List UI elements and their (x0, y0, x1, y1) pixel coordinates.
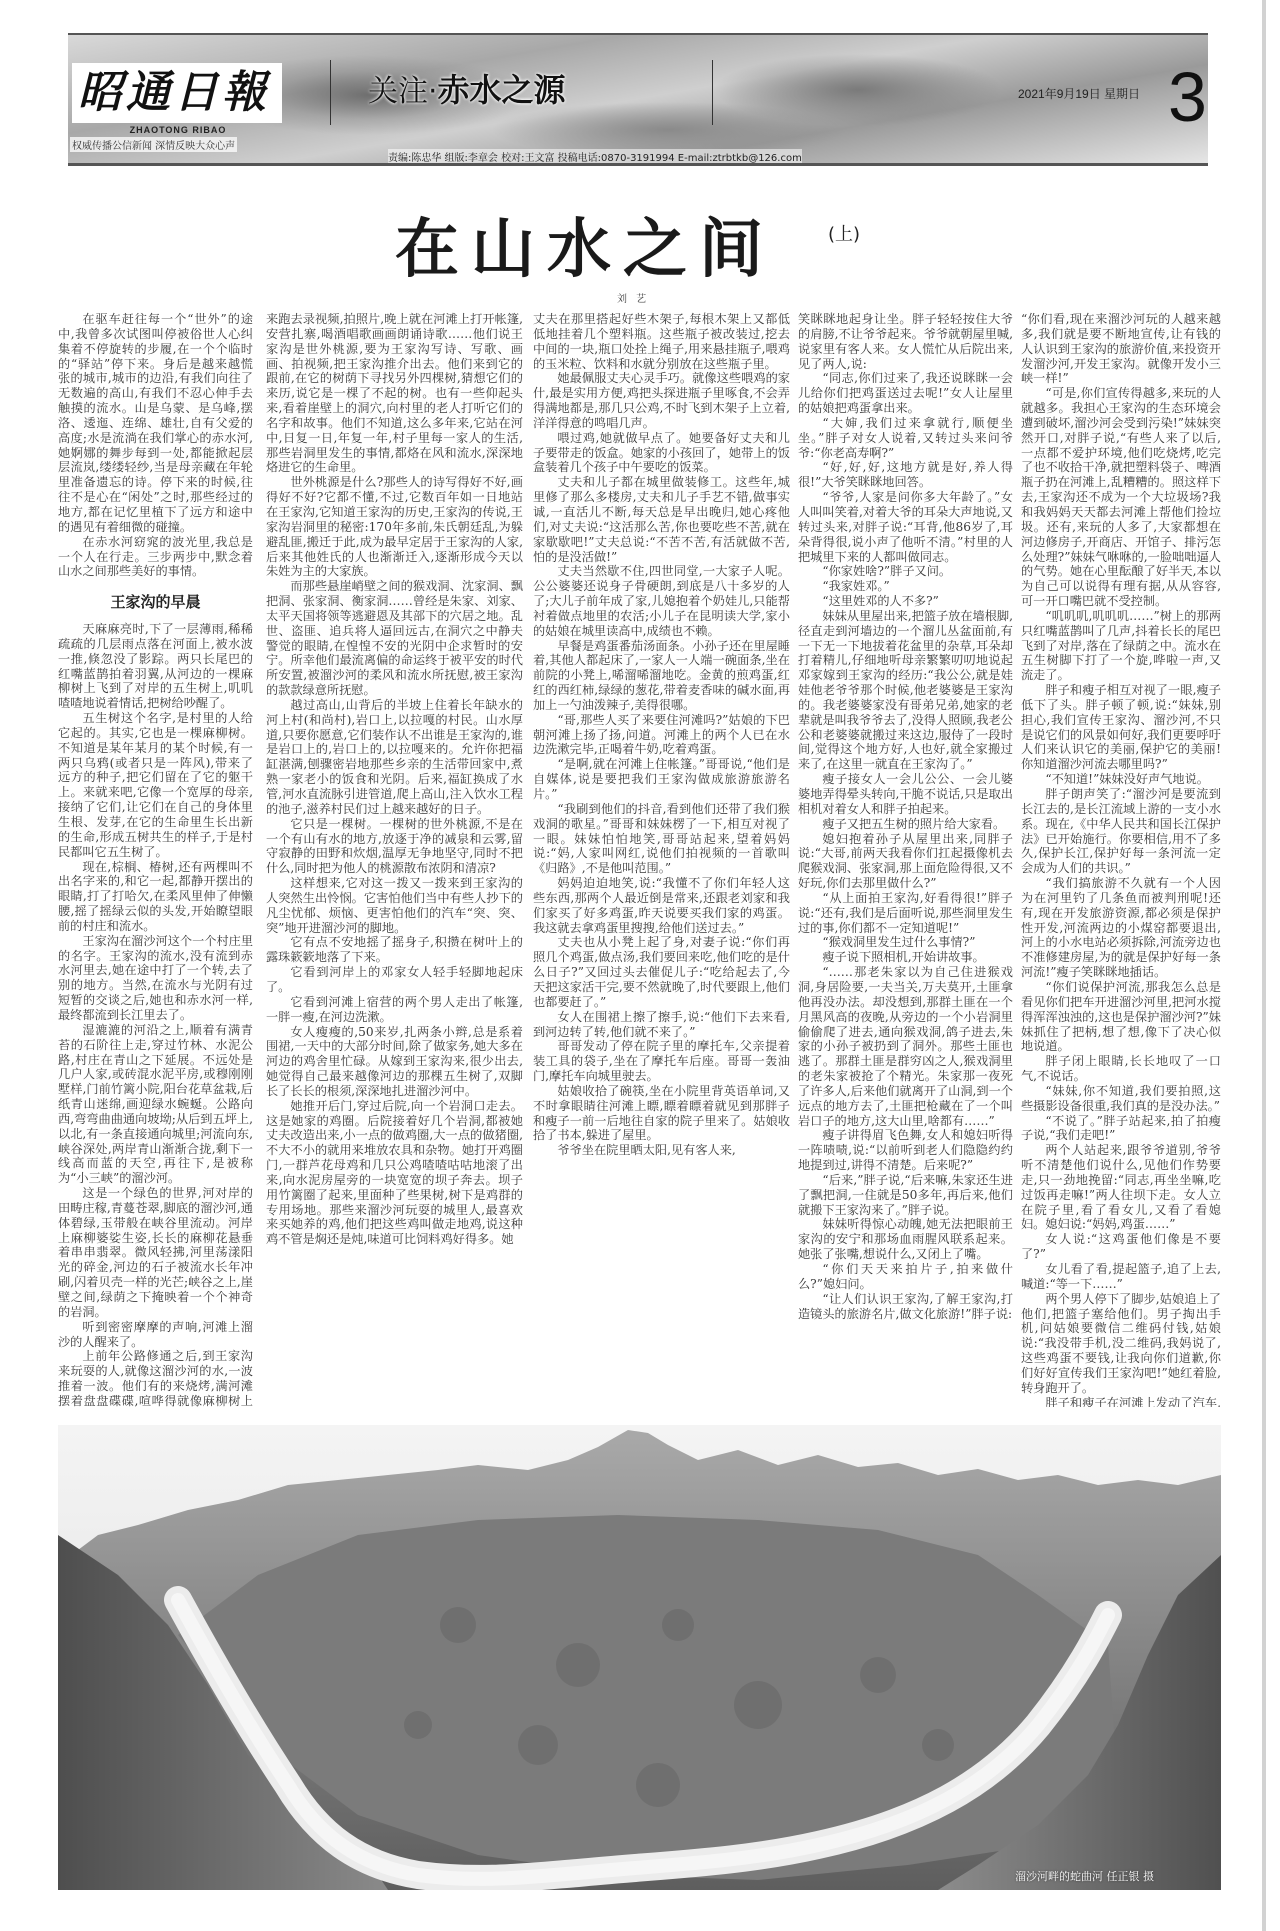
paragraph: “好,好,好,这地方就是好,养人得很!”大爷笑眯眯地回答。 (798, 460, 1013, 490)
paragraph: 妈妈迫迫地笑,说:“我懂不了你们年轻人这些东西,那两个人最近倒是常来,还跟老刘家… (533, 876, 790, 935)
paragraph: “我家姓邓。” (798, 579, 1013, 594)
masthead: 昭通日報 ZHAOTONG RIBAO 权威传播公信新闻 深情反映大众心声 关注… (68, 33, 1208, 163)
editorial-credits: 责编:陈忠华 组版:李章会 校对:王文富 投稿电话:0870-3191994 E… (388, 149, 802, 164)
section-prefix: 关注· (368, 74, 438, 109)
paragraph: “大婶,我们过来拿就行,顺便坐坐。”胖子对女人说着,又转过头来问爷爷:“你老高寿… (798, 416, 1013, 461)
paragraph: “猴戏洞里发生过什么事情?” (798, 935, 1013, 950)
paragraph: 女人说:“这鸡蛋他们像是不要了?” (1021, 1232, 1221, 1262)
article-column-3: 丈夫在那里搭起好些木架子,每根木架上又都低低地挂着几个塑料瓶。这些瓶子被改装过,… (533, 312, 790, 1397)
paragraph: “同志,你们过来了,我还说眯眯一会儿给你们把鸡蛋送过去呢!”女人让屋里的姑娘把鸡… (798, 371, 1013, 416)
scrollbar-track[interactable] (1262, 0, 1266, 1931)
issue-date: 2021年9月19日 星期日 (1018, 85, 1140, 102)
paragraph: 妹妹从里屋出来,把篮子放在墙根脚,径直走到河墙边的一个溜儿丛盆面前,有一下无一下… (798, 609, 1013, 772)
paragraph: “你家姓啥?”胖子又问。 (798, 564, 1013, 579)
paragraph: 笑眯眯地起身让坐。胖子轻轻按住大爷的肩膀,不让爷爷起来。爷爷就朝屋里喊,说家里有… (798, 312, 1013, 371)
paragraph: 女儿看了看,提起篮子,追了上去,喊道:“等一下……” (1021, 1262, 1221, 1292)
paragraph: 它只是一棵树。一棵树的世外桃源,不是在一个有山有水的地方,放逐于净的减泉和云雾,… (266, 817, 523, 876)
article-title: 在山水之间 (395, 198, 775, 290)
paragraph: 妹妹听得惊心动魄,她无法把眼前王家沟的安宁和那场血雨腥风联系起来。她张了张嘴,想… (798, 1217, 1013, 1262)
paragraph: 胖子闭上眼睛,长长地叹了一口气,不说话。 (1021, 1054, 1221, 1084)
paragraph: 而那些悬崖峭壁之间的猴戏洞、沈家洞、飘把洞、张家洞、衡家洞……曾经是朱家、刘家、… (266, 579, 523, 698)
section-title: 关注·赤水之源 (368, 65, 566, 111)
paragraph: “不说了。”胖子站起来,拍了拍瘦子说,“我们走吧!” (1021, 1114, 1221, 1144)
photo-caption: 溜沙河畔的蛇曲河 任正银 摄 (1015, 1868, 1154, 1884)
paragraph: 哥哥发动了停在院子里的摩托车,父亲提着装工具的袋子,坐在了摩托车后座。哥哥一轰油… (533, 1039, 790, 1084)
paragraph: 女人在围裙上擦了擦手,说:“他们下去来看,到河边转了转,他们就不来了。” (533, 1010, 790, 1040)
paragraph: “后来,”胖子说,“后来嘛,朱家还生进了飘把洞,一住就是50多年,再后来,他们就… (798, 1173, 1013, 1218)
section-name: 赤水之源 (438, 71, 566, 109)
paragraph: 在赤水河窈窕的波光里,我总是一个人在行走。三步两步中,默念着山水之间那些美好的事… (58, 535, 253, 580)
paragraph: 来跑去录视频,拍照片,晚上就在河滩上打开帐篷,安营扎寨,喝酒唱歌画画朗诵诗歌……… (266, 312, 523, 475)
paragraph: 丈夫也从小凳上起了身,对妻子说:“你们再照几个鸡蛋,做点汤,我们要回来吃,他们吃… (533, 935, 790, 1009)
paragraph: “这里姓邓的人不多?” (798, 594, 1013, 609)
newspaper-slogan: 权威传播公信新闻 深情反映大众心声 (70, 137, 237, 152)
river-canyon-photo (58, 1425, 1221, 1890)
paragraph: 喂过鸡,她就做早点了。她要备好丈夫和儿子要带走的饭盒。她家的小孩回了，她带上的饭… (533, 431, 790, 476)
paragraph: 瘦子说下照相机,开始讲故事。 (798, 950, 1013, 965)
paragraph: “爷爷,人家是问你多大年龄了。”女人叫叫笑着,对着大爷的耳朵大声地说,又转过头来… (798, 490, 1013, 564)
paragraph: 世外桃源是什么?那些人的诗写得好不好,画得好不好?它都不懂,不过,它数百年如一日… (266, 475, 523, 579)
paragraph: “从上面拍王家沟,好看得很!”胖子说:“还有,我们是后面听说,那些洞里发生过的事… (798, 891, 1013, 936)
newspaper-logo-english: ZHAOTONG RIBAO (68, 125, 288, 135)
newspaper-logo: 昭通日報 (72, 63, 282, 123)
article-column-5: “你们看,现在来溜沙河玩的人越来越多,我们就是要不断地宣传,让有钱的人认识到王家… (1021, 312, 1221, 1407)
paragraph: 瘦子接女人一会儿公公、一会儿婆婆地弄得晕头转向,干脆不说话,只是取出相机对着女人… (798, 772, 1013, 817)
article-column-2: 来跑去录视频,拍照片,晚上就在河滩上打开帐篷,安营扎寨,喝酒唱歌画画朗诵诗歌……… (266, 312, 523, 1407)
paragraph: 她推开后门,穿过后院,向一个岩洞口走去。这是她家的鸡圈。后院接着好几个岩洞,都被… (266, 1099, 523, 1247)
paragraph: 五生树这个名字,是村里的人给它起的。其实,它也是一棵麻柳树。不知道是某年某月的某… (58, 711, 253, 859)
paragraph: 瘦子讲得眉飞色舞,女人和媳妇听得一阵啧啧,说:“以前听到老人们隐隐约约地提到过,… (798, 1128, 1013, 1173)
paragraph: 它看到河岸上的邓家女人轻手轻脚地起床了。 (266, 965, 523, 995)
article-column-4: 笑眯眯地起身让坐。胖子轻轻按住大爷的肩膀,不让爷爷起来。爷爷就朝屋里喊,说家里有… (798, 312, 1013, 1407)
paragraph: 两个人站起来,跟爷爷道别,爷爷听不清楚他们说什么,见他们作势要走,只一劲地挽留:… (1021, 1143, 1221, 1232)
paragraph: 媳妇抱着孙子从屋里出来,同胖子说:“大哥,前两天我看你们扛起摄像机去爬猴戏洞、张… (798, 832, 1013, 891)
article-subheading: 王家沟的早晨 (58, 595, 253, 610)
paragraph: 姑娘收拾了碗筷,坐在小院里背英语单词,又不时拿眼睛往河滩上瞟,瞟着瞟着就见到那胖… (533, 1084, 790, 1143)
canyon-landscape-illustration (58, 1425, 1221, 1890)
article-byline: 刘 艺 (617, 290, 649, 305)
paragraph: 胖子朗声笑了:“溜沙河是要流到长江去的,是长江流域上游的一支小水系。现在,《中华… (1021, 787, 1221, 876)
page-scrollbar[interactable] (1258, 0, 1280, 1931)
paragraph: 现在,棕榈、椿树,还有两棵叫不出名字来的,和它一起,都静开摆出的眼睛,打了打哈欠… (58, 860, 253, 934)
paragraph: “让人们认识王家沟,了解王家沟,打造镜头的旅游名片,做文化旅游!”胖子说: (798, 1292, 1013, 1322)
paragraph: “可是,你们宣传得越多,来玩的人就越多。我担心王家沟的生态环境会遭到破坏,溜沙河… (1021, 386, 1221, 609)
paragraph: 瘦子又把五生树的照片给大家看。 (798, 817, 1013, 832)
paragraph: “你们说保护河流,那我怎么总是看见你们把车开进溜沙河里,把河水搅得浑浑浊浊的,这… (1021, 980, 1221, 1054)
masthead-rule (68, 163, 1208, 166)
article-column-1: 在驱车赶往每一个“世外”的途中,我曾多次试图叫停被俗世人心纠集着不停旋转的步履,… (58, 312, 253, 1407)
paragraph: 两个男人停下了脚步,姑娘追上了他们,把篮子塞给他们。男子掏出手机,问姑娘要微信二… (1021, 1292, 1221, 1396)
paragraph: “……那老朱家以为自己住进猴戏洞,身居险要,一夫当关,万夫莫开,土匪拿他再没办法… (798, 965, 1013, 1128)
page-number: 3 (1168, 57, 1207, 137)
paragraph: 丈夫和儿子都在城里做装修工。这些年,城里修了那么多楼房,丈夫和儿子手艺不错,做事… (533, 475, 790, 564)
paragraph: 胖子和瘦子相互对视了一眼,瘦子低下了头。胖子顿了顿,说:“妹妹,别担心,我们宣传… (1021, 683, 1221, 772)
paragraph: 这是一个绿色的世界,河对岸的田畴庄稼,青蔓苍翠,脚底的溜沙河,通体碧绿,玉带般在… (58, 1186, 253, 1320)
paragraph: 胖子和瘦子在河滩上发动了汽车,他们又要去爬另一个洞穴。这一次,他们在水中经过五生… (1021, 1396, 1221, 1407)
paragraph: 王家沟在溜沙河这个一个村庄里的名字。王家沟的流水,没有流到赤水河里去,她在途中打… (58, 934, 253, 1023)
paragraph: “是啊,就在河滩上住帐篷。”哥哥说,“他们是自媒体,说是要把我们王家沟做成旅游旅… (533, 757, 790, 802)
paragraph: “我刷到他们的抖音,看到他们还带了我们猴戏洞的歌星。”哥哥和妹妹楞了一下,相互对… (533, 802, 790, 876)
paragraph: 这样想来,它对这一拨又一拨来到王家沟的人突然生出怜悯。它害怕他们当中有些人抄下的… (266, 876, 523, 935)
masthead-divider (330, 60, 331, 125)
paragraph: 丈夫当然歇不住,四世同堂,一大家子人呢。公公婆婆还说身子骨硬朗,到底是八十多岁的… (533, 564, 790, 638)
article-part-label: (上) (828, 220, 860, 246)
paragraph: 丈夫在那里搭起好些木架子,每根木架上又都低低地挂着几个塑料瓶。这些瓶子被改装过,… (533, 312, 790, 371)
paragraph: 早餐是鸡蛋番茄汤面条。小孙子还在里屋睡着,其他人都起床了,一家人一人端一碗面条,… (533, 639, 790, 713)
paragraph: 在驱车赶往每一个“世外”的途中,我曾多次试图叫停被俗世人心纠集着不停旋转的步履,… (58, 312, 253, 535)
paragraph: 爷爷坐在院里晒太阳,见有客人来, (533, 1143, 790, 1158)
paragraph: 天麻麻亮时,下了一层薄雨,稀稀疏疏的几层雨点落在河面上,被水波一推,倏忽没了影踪… (58, 622, 253, 711)
paragraph: 女人瘦瘦的,50来岁,扎两条小辫,总是系着围裙,一天中的大部分时间,除了做家务,… (266, 1025, 523, 1099)
paragraph: 它有点不安地摇了摇身子,积攒在树叶上的露珠簌簌地落了下来。 (266, 935, 523, 965)
paragraph: “我们搞旅游不久就有一个人因为在河里钓了几条鱼而被判刑呢!还有,现在开发旅游资源… (1021, 876, 1221, 980)
paragraph: “妹妹,你不知道,我们要拍照,这些摄影设备很重,我们真的是没办法。” (1021, 1084, 1221, 1114)
newspaper-logo-block: 昭通日報 ZHAOTONG RIBAO 权威传播公信新闻 深情反映大众心声 (68, 63, 288, 163)
masthead-divider (712, 60, 713, 125)
paragraph: “你们天天来拍片子,拍来做什么?”媳妇问。 (798, 1262, 1013, 1292)
paragraph: 越过高山,山背后的半坡上住着长年缺水的河上村(和尚村),岩口上,以拉嘎的村民。山… (266, 698, 523, 817)
paragraph: 她最佩服丈夫心灵手巧。就像这些喂鸡的家什,最是实用方便,鸡把头探进瓶子里啄食,不… (533, 371, 790, 430)
paragraph: “你们看,现在来溜沙河玩的人越来越多,我们就是要不断地宣传,让有钱的人认识到王家… (1021, 312, 1221, 386)
paragraph: “哥,那些人买了来要住河滩吗?”姑娘的下巴朝河滩上扬了扬,问道。河滩上的两个人已… (533, 713, 790, 758)
paragraph: “叽叽叽,叽叽叽……”树上的那两只红嘴蓝鹊叫了几声,抖着长长的尾巴飞到了对岸,落… (1021, 609, 1221, 683)
paragraph: “不知道!”妹妹没好声气地说。 (1021, 772, 1221, 787)
paragraph: 听到密密摩摩的声响,河滩上溜沙的人醒来了。 (58, 1320, 253, 1350)
paragraph: 它看到河滩上宿营的两个男人走出了帐篷,一胖一瘦,在河边洗漱。 (266, 995, 523, 1025)
paragraph: 上前年公路修通之后,到王家沟来玩耍的人,就像这溜沙河的水,一波推着一波。他们有的… (58, 1349, 253, 1407)
paragraph: 湿漉漉的河沿之上,顺着有满青苔的石阶往上走,穿过竹林、水泥公路,村庄在青山之下延… (58, 1023, 253, 1186)
